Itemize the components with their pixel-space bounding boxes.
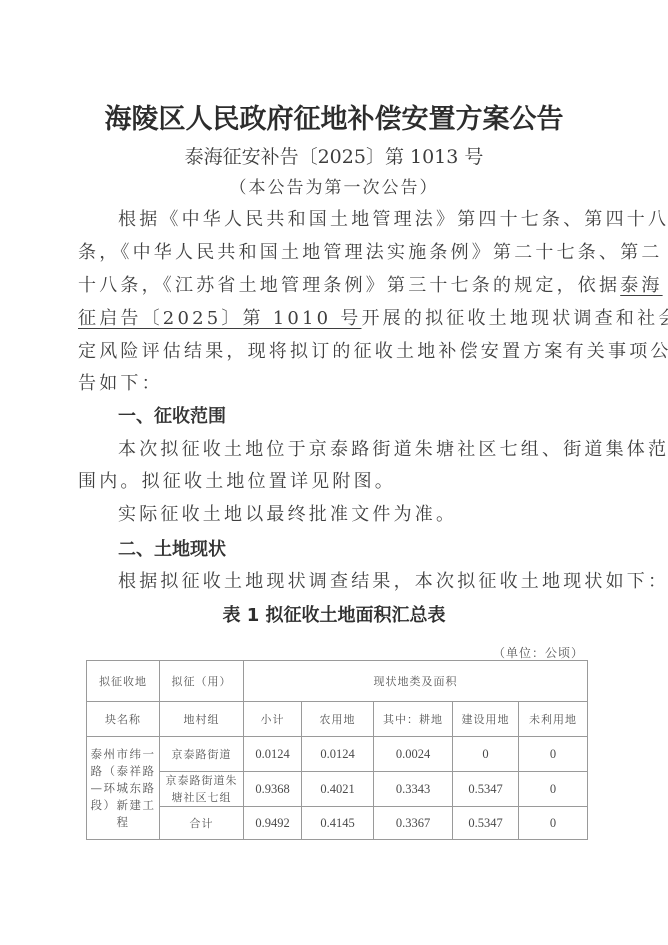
intro-line-4-text: 开展的拟征收土地现状调查和社会稳 [361,308,668,329]
header-agricultural: 农用地 [302,702,374,737]
village-line: 塘社区七组 [160,789,243,806]
table-row-total: 合计 0.9492 0.4145 0.3367 0.5347 0 [87,807,588,840]
table-caption: 表 1 拟征收土地面积汇总表 [0,601,668,627]
intro-line-3: 十八条，《江苏省土地管理条例》第三十七条的规定，依据泰海 [78,271,663,297]
unused-cell: 0 [519,737,588,772]
intro-line-2: 条，《中华人民共和国土地管理法实施条例》第二十七条、第二 [78,238,663,264]
subtotal-cell: 0.9368 [244,772,302,807]
project-name-line: 路（泰祥路 [87,763,159,780]
agricultural-cell: 0.4145 [302,807,374,840]
intro-line-4: 征启告〔2025〕第 1010 号开展的拟征收土地现状调查和社会稳 [78,304,668,330]
intro-line-1: 根据《中华人民共和国土地管理法》第四十七条、第四十八 [118,205,668,231]
section1-line-3: 实际征收土地以最终批准文件为准。 [118,500,457,526]
section-heading-1: 一、征收范围 [118,402,226,428]
reference-link-part1[interactable]: 泰海 [620,275,662,296]
subtotal-cell: 0.0124 [244,737,302,772]
header-unused: 未利用地 [519,702,588,737]
intro-line-3-text: 十八条，《江苏省土地管理条例》第三十七条的规定，依据 [78,275,620,296]
section-heading-2: 二、土地现状 [118,535,226,561]
header-village-group-2: 地村组 [160,702,244,737]
agricultural-cell: 0.0124 [302,737,374,772]
table-unit: （单位：公顷） [493,644,584,661]
header-arable: 其中：耕地 [374,702,453,737]
reference-link-part2[interactable]: 征启告〔2025〕第 1010 号 [78,308,361,329]
project-name-line: 程 [87,814,159,831]
construction-cell: 0 [453,737,519,772]
document-title: 海陵区人民政府征地补偿安置方案公告 [0,97,668,136]
header-current-land-type: 现状地类及面积 [244,661,588,702]
header-construction: 建设用地 [453,702,519,737]
village-cell: 京泰路街道 [160,737,244,772]
section2-line-1: 根据拟征收土地现状调查结果，本次拟征收土地现状如下： [118,567,668,593]
project-name-line: 泰州市纬一 [87,746,159,763]
section1-line-1: 本次拟征收土地位于京泰路街道朱塘社区七组、街道集体范 [118,435,668,461]
unused-cell: 0 [519,772,588,807]
arable-cell: 0.3367 [374,807,453,840]
arable-cell: 0.3343 [374,772,453,807]
intro-line-6: 告如下： [78,369,163,395]
agricultural-cell: 0.4021 [302,772,374,807]
document-number: 泰海征安补告〔2025〕第 1013 号 [0,142,668,169]
header-subtotal: 小计 [244,702,302,737]
village-line: 京泰路街道朱 [160,772,243,789]
construction-cell: 0.5347 [453,807,519,840]
project-name-line: 段）新建工 [87,797,159,814]
header-plot-name: 拟征收地 [87,661,160,702]
intro-line-5: 定风险评估结果，现将拟订的征收土地补偿安置方案有关事项公 [78,337,668,363]
header-plot-name-2: 块名称 [87,702,160,737]
section1-line-2: 围内。拟征收土地位置详见附图。 [78,467,396,493]
unused-cell: 0 [519,807,588,840]
table-row: 泰州市纬一 路（泰祥路 —环城东路 段）新建工 程 京泰路街道 0.0124 0… [87,737,588,772]
arable-cell: 0.0024 [374,737,453,772]
total-label-cell: 合计 [160,807,244,840]
project-name-cell: 泰州市纬一 路（泰祥路 —环城东路 段）新建工 程 [87,737,160,840]
announcement-note: （本公告为第一次公告） [0,173,668,198]
project-name-line: —环城东路 [87,780,159,797]
construction-cell: 0.5347 [453,772,519,807]
header-village-group: 拟征（用） [160,661,244,702]
land-area-summary-table: 拟征收地 拟征（用） 现状地类及面积 块名称 地村组 小计 农用地 其中：耕地 … [86,660,588,840]
table-row: 京泰路街道朱 塘社区七组 0.9368 0.4021 0.3343 0.5347… [87,772,588,807]
subtotal-cell: 0.9492 [244,807,302,840]
village-cell: 京泰路街道朱 塘社区七组 [160,772,244,807]
